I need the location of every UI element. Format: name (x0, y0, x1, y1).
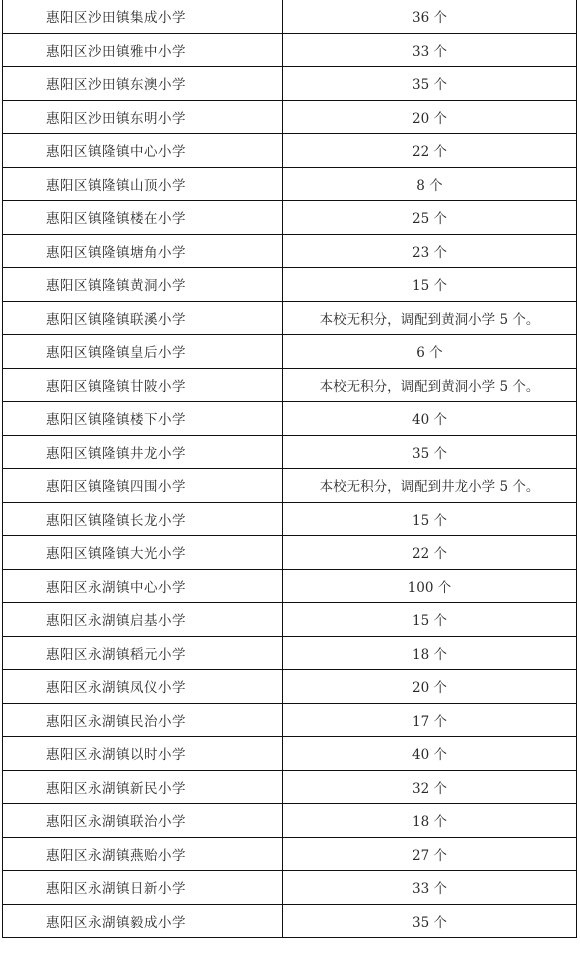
school-name-cell: 惠阳区永湖镇联治小学 (3, 804, 283, 838)
school-name-cell: 惠阳区永湖镇中心小学 (3, 569, 283, 603)
table-row: 惠阳区镇隆镇井龙小学35 个 (3, 435, 577, 469)
quota-value-cell: 40 个 (283, 737, 577, 771)
quota-value-cell: 18 个 (283, 804, 577, 838)
table-row: 惠阳区沙田镇雅中小学33 个 (3, 33, 577, 67)
table-row: 惠阳区镇隆镇楼在小学25 个 (3, 201, 577, 235)
school-name-cell: 惠阳区永湖镇凤仪小学 (3, 670, 283, 704)
table-row: 惠阳区永湖镇毅成小学35 个 (3, 904, 577, 938)
table-row: 惠阳区沙田镇东明小学20 个 (3, 100, 577, 134)
table-row: 惠阳区镇隆镇四围小学本校无积分，调配到井龙小学 5 个。 (3, 469, 577, 503)
quota-value-cell: 6 个 (283, 335, 577, 369)
school-name-cell: 惠阳区镇隆镇大光小学 (3, 536, 283, 570)
school-name-cell: 惠阳区沙田镇集成小学 (3, 0, 283, 33)
quota-value-cell: 22 个 (283, 134, 577, 168)
school-name-cell: 惠阳区永湖镇稻元小学 (3, 636, 283, 670)
quota-value-cell: 15 个 (283, 268, 577, 302)
quota-value-cell: 33 个 (283, 33, 577, 67)
table-row: 惠阳区永湖镇联治小学18 个 (3, 804, 577, 838)
table-row: 惠阳区永湖镇日新小学33 个 (3, 871, 577, 905)
quota-value-cell: 20 个 (283, 670, 577, 704)
table-row: 惠阳区镇隆镇大光小学22 个 (3, 536, 577, 570)
school-name-cell: 惠阳区永湖镇启基小学 (3, 603, 283, 637)
quota-value-cell: 15 个 (283, 603, 577, 637)
table-row: 惠阳区镇隆镇联溪小学本校无积分，调配到黄洞小学 5 个。 (3, 301, 577, 335)
quota-value-cell: 23 个 (283, 234, 577, 268)
school-name-cell: 惠阳区镇隆镇塘角小学 (3, 234, 283, 268)
school-name-cell: 惠阳区镇隆镇黄洞小学 (3, 268, 283, 302)
table-row: 惠阳区永湖镇启基小学15 个 (3, 603, 577, 637)
school-name-cell: 惠阳区镇隆镇井龙小学 (3, 435, 283, 469)
quota-value-cell: 本校无积分，调配到黄洞小学 5 个。 (283, 368, 577, 402)
school-name-cell: 惠阳区永湖镇新民小学 (3, 770, 283, 804)
school-name-cell: 惠阳区永湖镇民治小学 (3, 703, 283, 737)
table-row: 惠阳区镇隆镇山顶小学8 个 (3, 167, 577, 201)
table-row: 惠阳区永湖镇凤仪小学20 个 (3, 670, 577, 704)
table-body: 惠阳区沙田镇集成小学36 个惠阳区沙田镇雅中小学33 个惠阳区沙田镇东澳小学35… (3, 0, 577, 938)
school-name-cell: 惠阳区永湖镇日新小学 (3, 871, 283, 905)
quota-value-cell: 17 个 (283, 703, 577, 737)
quota-value-cell: 33 个 (283, 871, 577, 905)
school-name-cell: 惠阳区镇隆镇四围小学 (3, 469, 283, 503)
quota-value-cell: 25 个 (283, 201, 577, 235)
school-allocation-table: 惠阳区沙田镇集成小学36 个惠阳区沙田镇雅中小学33 个惠阳区沙田镇东澳小学35… (2, 0, 577, 938)
table-row: 惠阳区镇隆镇楼下小学40 个 (3, 402, 577, 436)
table-row: 惠阳区镇隆镇甘陂小学本校无积分，调配到黄洞小学 5 个。 (3, 368, 577, 402)
school-name-cell: 惠阳区镇隆镇楼下小学 (3, 402, 283, 436)
school-name-cell: 惠阳区镇隆镇皇后小学 (3, 335, 283, 369)
quota-value-cell: 22 个 (283, 536, 577, 570)
quota-value-cell: 20 个 (283, 100, 577, 134)
school-name-cell: 惠阳区镇隆镇甘陂小学 (3, 368, 283, 402)
quota-value-cell: 32 个 (283, 770, 577, 804)
school-name-cell: 惠阳区沙田镇雅中小学 (3, 33, 283, 67)
table-row: 惠阳区镇隆镇塘角小学23 个 (3, 234, 577, 268)
quota-value-cell: 本校无积分，调配到井龙小学 5 个。 (283, 469, 577, 503)
quota-value-cell: 40 个 (283, 402, 577, 436)
table-row: 惠阳区镇隆镇中心小学22 个 (3, 134, 577, 168)
quota-value-cell: 本校无积分，调配到黄洞小学 5 个。 (283, 301, 577, 335)
table-row: 惠阳区永湖镇燕贻小学27 个 (3, 837, 577, 871)
school-name-cell: 惠阳区永湖镇以时小学 (3, 737, 283, 771)
table-row: 惠阳区镇隆镇黄洞小学15 个 (3, 268, 577, 302)
school-name-cell: 惠阳区镇隆镇联溪小学 (3, 301, 283, 335)
table-row: 惠阳区永湖镇新民小学32 个 (3, 770, 577, 804)
quota-value-cell: 36 个 (283, 0, 577, 33)
school-name-cell: 惠阳区沙田镇东明小学 (3, 100, 283, 134)
table-row: 惠阳区沙田镇东澳小学35 个 (3, 67, 577, 101)
table-row: 惠阳区永湖镇中心小学100 个 (3, 569, 577, 603)
school-name-cell: 惠阳区永湖镇毅成小学 (3, 904, 283, 938)
table-row: 惠阳区镇隆镇皇后小学6 个 (3, 335, 577, 369)
school-name-cell: 惠阳区沙田镇东澳小学 (3, 67, 283, 101)
quota-value-cell: 100 个 (283, 569, 577, 603)
quota-value-cell: 27 个 (283, 837, 577, 871)
table-row: 惠阳区沙田镇集成小学36 个 (3, 0, 577, 33)
quota-value-cell: 18 个 (283, 636, 577, 670)
table-row: 惠阳区永湖镇稻元小学18 个 (3, 636, 577, 670)
quota-value-cell: 35 个 (283, 67, 577, 101)
table-row: 惠阳区镇隆镇长龙小学15 个 (3, 502, 577, 536)
table-row: 惠阳区永湖镇民治小学17 个 (3, 703, 577, 737)
quota-value-cell: 15 个 (283, 502, 577, 536)
quota-value-cell: 35 个 (283, 435, 577, 469)
school-name-cell: 惠阳区镇隆镇楼在小学 (3, 201, 283, 235)
school-name-cell: 惠阳区镇隆镇长龙小学 (3, 502, 283, 536)
school-name-cell: 惠阳区镇隆镇中心小学 (3, 134, 283, 168)
school-name-cell: 惠阳区镇隆镇山顶小学 (3, 167, 283, 201)
table-row: 惠阳区永湖镇以时小学40 个 (3, 737, 577, 771)
school-name-cell: 惠阳区永湖镇燕贻小学 (3, 837, 283, 871)
quota-value-cell: 35 个 (283, 904, 577, 938)
quota-value-cell: 8 个 (283, 167, 577, 201)
